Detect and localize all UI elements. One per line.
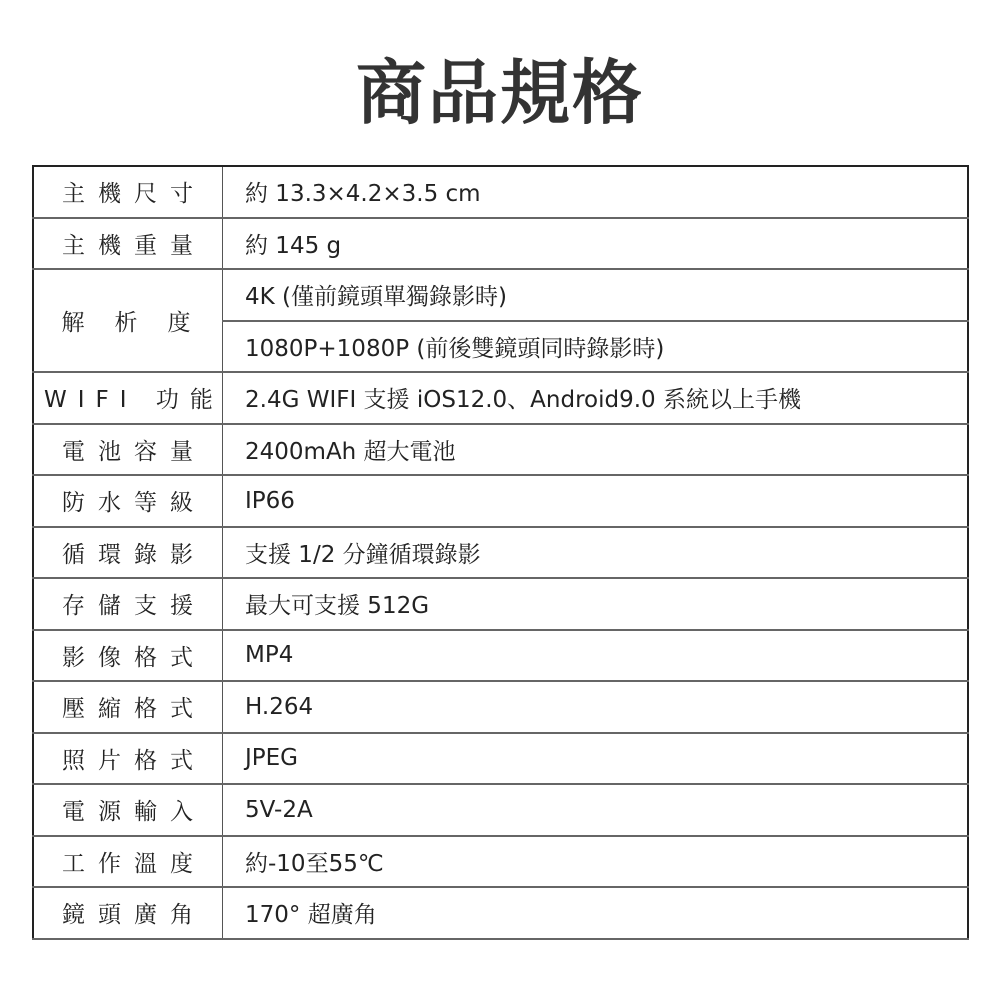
table-row: WIFI 功能 2.4G WIFI 支援 iOS12.0、Android9.0 …: [33, 372, 968, 424]
spec-value: 約-10至55℃: [223, 836, 969, 888]
spec-label: 照片格式: [33, 733, 223, 785]
spec-label: WIFI 功能: [33, 372, 223, 424]
spec-value: 170° 超廣角: [223, 887, 969, 939]
spec-value: IP66: [223, 475, 969, 527]
spec-value: 約 145 g: [223, 218, 969, 270]
table-row: 電池容量 2400mAh 超大電池: [33, 424, 968, 476]
spec-value: 2400mAh 超大電池: [223, 424, 969, 476]
spec-value: 約 13.3×4.2×3.5 cm: [223, 166, 969, 218]
spec-label: 工作溫度: [33, 836, 223, 888]
spec-label: 循環錄影: [33, 527, 223, 579]
spec-value: H.264: [223, 681, 969, 733]
table-row: 循環錄影 支援 1/2 分鐘循環錄影: [33, 527, 968, 579]
spec-label: 電源輸入: [33, 784, 223, 836]
spec-value: 1080P+1080P (前後雙鏡頭同時錄影時): [223, 321, 969, 373]
table-row: 影像格式 MP4: [33, 630, 968, 682]
table-row: 鏡頭廣角 170° 超廣角: [33, 887, 968, 939]
spec-value: JPEG: [223, 733, 969, 785]
page-title: 商品規格: [0, 48, 1000, 138]
table-row: 壓縮格式 H.264: [33, 681, 968, 733]
spec-value: 5V-2A: [223, 784, 969, 836]
table-row: 主機尺寸 約 13.3×4.2×3.5 cm: [33, 166, 968, 218]
spec-label: 主機尺寸: [33, 166, 223, 218]
spec-label: 防水等級: [33, 475, 223, 527]
table-row: 電源輸入 5V-2A: [33, 784, 968, 836]
table-row: 解析度 4K (僅前鏡頭單獨錄影時): [33, 269, 968, 321]
table-row: 工作溫度 約-10至55℃: [33, 836, 968, 888]
spec-label: 影像格式: [33, 630, 223, 682]
spec-value: 支援 1/2 分鐘循環錄影: [223, 527, 969, 579]
spec-label: 主機重量: [33, 218, 223, 270]
table-row: 主機重量 約 145 g: [33, 218, 968, 270]
spec-label: 壓縮格式: [33, 681, 223, 733]
spec-value: 最大可支援 512G: [223, 578, 969, 630]
spec-table: 主機尺寸 約 13.3×4.2×3.5 cm 主機重量 約 145 g 解析度 …: [32, 165, 969, 940]
spec-value: MP4: [223, 630, 969, 682]
spec-label: 解析度: [33, 269, 223, 372]
spec-label: 存儲支援: [33, 578, 223, 630]
spec-label: 鏡頭廣角: [33, 887, 223, 939]
spec-value: 4K (僅前鏡頭單獨錄影時): [223, 269, 969, 321]
table-row: 防水等級 IP66: [33, 475, 968, 527]
table-row: 照片格式 JPEG: [33, 733, 968, 785]
table-row: 存儲支援 最大可支援 512G: [33, 578, 968, 630]
spec-label: 電池容量: [33, 424, 223, 476]
spec-value: 2.4G WIFI 支援 iOS12.0、Android9.0 系統以上手機: [223, 372, 969, 424]
